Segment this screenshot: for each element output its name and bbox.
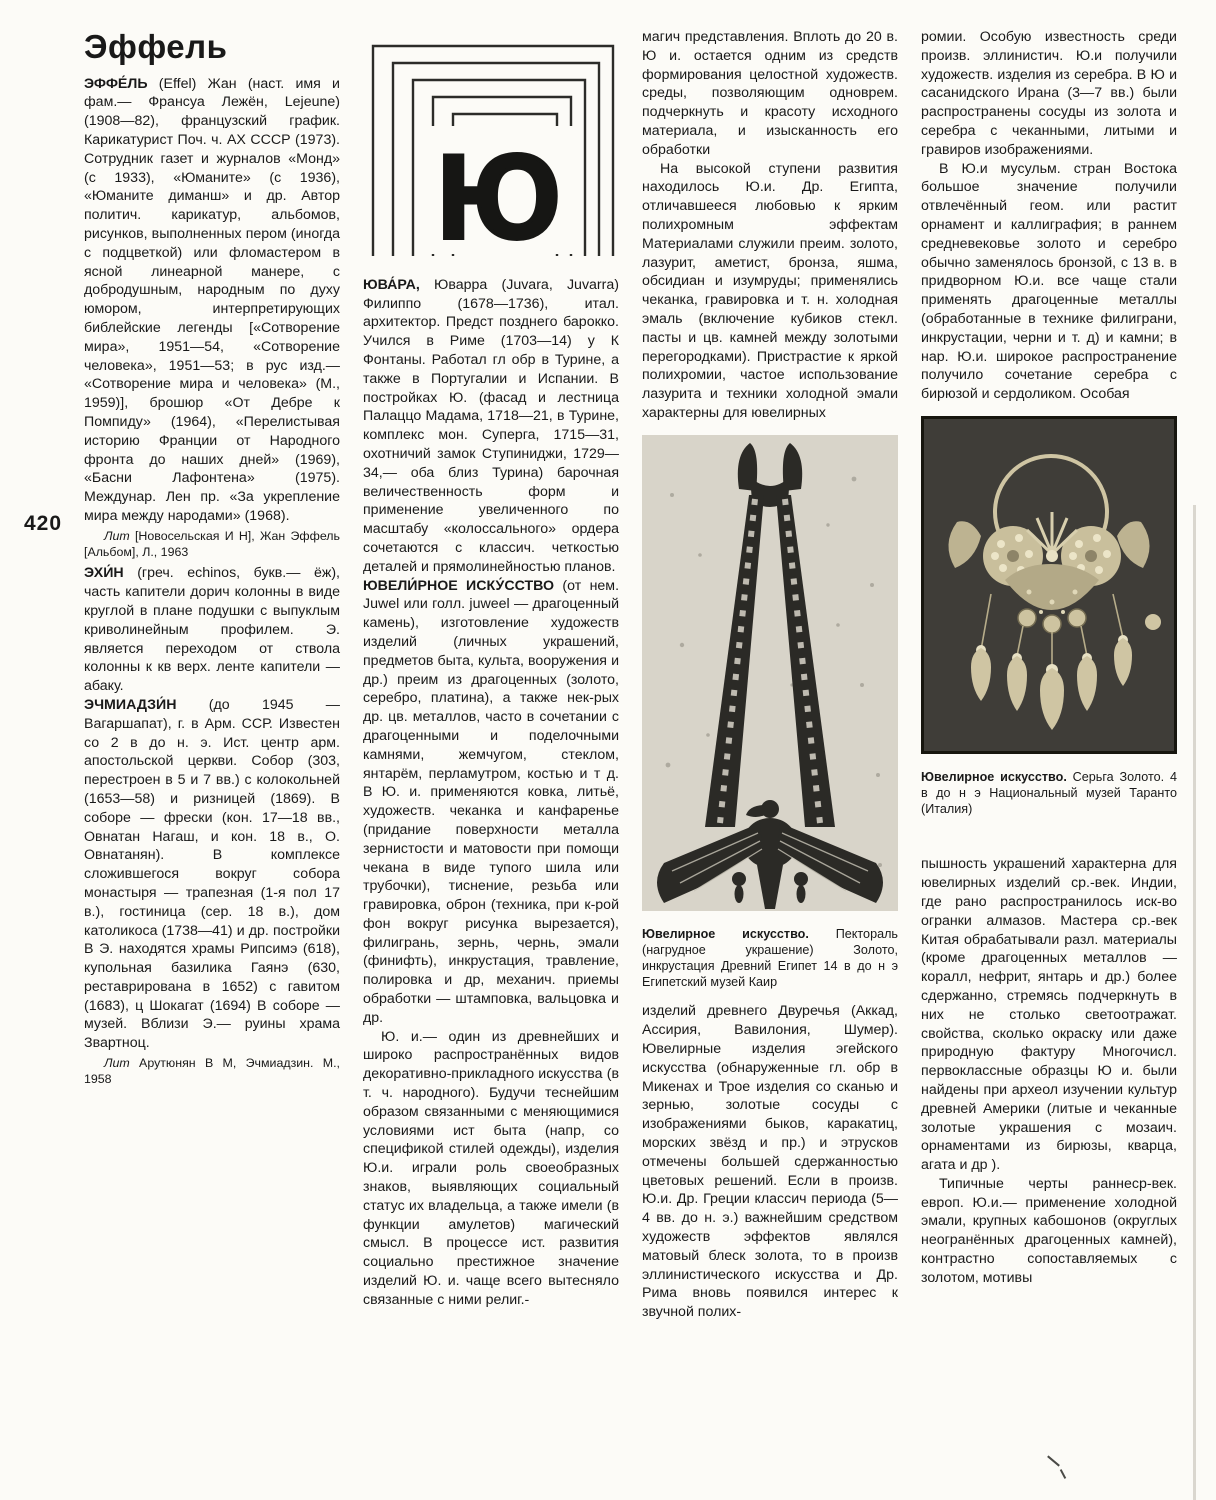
text-columns: Эффель ЭФФЕ́ЛЬ (Effel) Жан (наст. имя и … — [84, 28, 1177, 1322]
earring-caption: Ювелирное искусство. Серьга Золото. 4 в … — [921, 769, 1177, 818]
entry-echin-term: ЭХИ́Н — [84, 565, 124, 581]
effel-literature: Лит [Новосельская И Н], Жан Эффель [Альб… — [84, 529, 340, 561]
echmiadzin-literature: Лит Арутюнян В М, Эчмиадзин. М., 1958 — [84, 1056, 340, 1088]
page-number: 420 — [24, 512, 62, 536]
jewelry-continued-1: магич представления. Вплоть до 20 в. Ю и… — [642, 28, 898, 160]
scan-edge-line — [1193, 505, 1196, 1500]
earring-photo — [921, 416, 1177, 754]
column-2: Ю ЮВА́РА, Юварра (Juvara, Juvarra) Филип… — [363, 28, 619, 1322]
entry-jewelry-term: ЮВЕЛИ́РНОЕ ИСКУ́ССТВО — [363, 578, 554, 594]
entry-effel: ЭФФЕ́ЛЬ (Effel) Жан (наст. имя и фам.— Ф… — [84, 75, 340, 526]
entry-echin: ЭХИ́Н (греч. echinos, букв.— ёж), часть … — [84, 564, 340, 696]
pectoral-caption: Ювелирное искусство. Пектораль (нагрудно… — [642, 926, 898, 991]
jewelry-paragraph-medieval: Типичные черты раннеср-век. европ. Ю.и.—… — [921, 1175, 1177, 1288]
letter-yu-headpiece: Ю — [363, 30, 619, 262]
entry-effel-text: (Effel) Жан (наст. имя и фам.— Франсуа Л… — [84, 76, 340, 524]
running-head: Эффель — [84, 30, 340, 65]
entry-juvara: ЮВА́РА, Юварра (Juvara, Juvarra) Филиппо… — [363, 276, 619, 577]
column-3: магич представления. Вплоть до 20 в. Ю и… — [642, 28, 898, 1322]
earring-caption-lead: Ювелирное искусство. — [921, 770, 1067, 784]
entry-echin-text: (греч. echinos, букв.— ёж), часть капите… — [84, 565, 340, 694]
entry-juvara-text: Юварра (Juvara, Juvarra) Филиппо (1678—1… — [363, 277, 619, 575]
column-1: Эффель ЭФФЕ́ЛЬ (Effel) Жан (наст. имя и … — [84, 28, 340, 1322]
jewelry-paragraph-egypt: На высокой ступени развития находилось Ю… — [642, 160, 898, 423]
scan-artifact — [1060, 1469, 1066, 1479]
scan-artifact — [1047, 1455, 1060, 1466]
jewelry-paragraph-east: В Ю.и мусульм. стран Востока большое зна… — [921, 160, 1177, 404]
entry-effel-term: ЭФФЕ́ЛЬ — [84, 76, 148, 92]
jewelry-paragraph-2: Ю. и.— один из древнейших и широко распр… — [363, 1028, 619, 1310]
figure-earring: Ювелирное искусство. Серьга Золото. 4 в … — [921, 416, 1177, 817]
jewelry-continued-3: ромии. Особую известность среди произв. … — [921, 28, 1177, 160]
entry-echmiadzin-term: ЭЧМИАДЗИ́Н — [84, 697, 176, 713]
column-4: ромии. Особую известность среди произв. … — [921, 28, 1177, 1322]
lit-label: Лит — [104, 1056, 130, 1070]
letter-yu-ornament-graphic: Ю — [363, 30, 619, 256]
entry-juvara-term: ЮВА́РА, — [363, 277, 420, 293]
pectoral-photo — [642, 435, 898, 911]
letter-yu-glyph: Ю — [437, 130, 561, 256]
figure-pectoral: Ювелирное искусство. Пектораль (нагрудно… — [642, 435, 898, 991]
spacer — [921, 829, 1177, 855]
pectoral-caption-lead: Ювелирное искусство. — [642, 927, 809, 941]
entry-echmiadzin-text: (до 1945 — Вагаршапат), г. в Арм. ССР. И… — [84, 697, 340, 1051]
lit-label: Лит — [104, 529, 130, 543]
jewelry-continued-4: пышность украшений характерна для ювелир… — [921, 855, 1177, 1175]
encyclopedia-page: 420 Эффель ЭФФЕ́ЛЬ (Effel) Жан (наст. им… — [0, 0, 1216, 1500]
jewelry-continued-2: изделий древнего Двуречья (Аккад, Ассири… — [642, 1002, 898, 1322]
entry-jewelry-art: ЮВЕЛИ́РНОЕ ИСКУ́ССТВО (от нем. Juwel или… — [363, 577, 619, 1028]
entry-jewelry-text: (от нем. Juwel или голл. juweel — драгоц… — [363, 578, 619, 1026]
entry-echmiadzin: ЭЧМИАДЗИ́Н (до 1945 — Вагаршапат), г. в … — [84, 696, 340, 1053]
